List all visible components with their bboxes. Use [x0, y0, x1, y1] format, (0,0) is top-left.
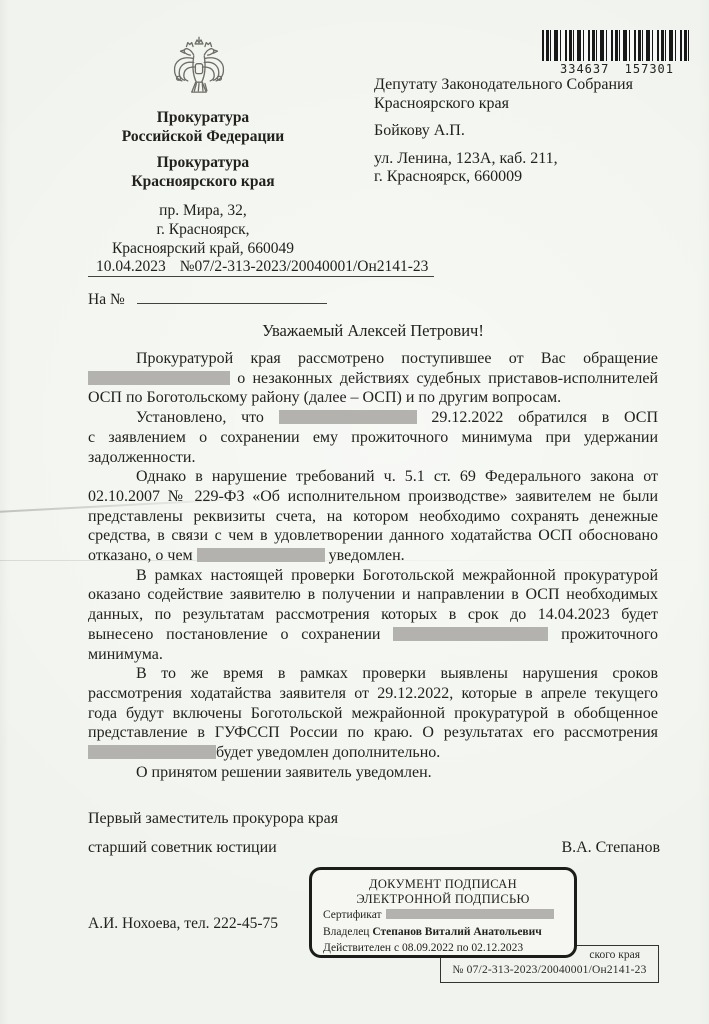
reference-blank-underline [137, 289, 327, 304]
body-line: года будут включены Боготольской межрайо… [88, 704, 658, 724]
redaction-bar [393, 627, 548, 641]
body-line: представлены реквизиты счета, на котором… [88, 507, 658, 527]
org-address-line: г. Красноярск, [55, 220, 351, 239]
signer-post-line1: Первый заместитель прокурора края [88, 810, 338, 828]
redaction-bar [386, 909, 554, 919]
stamp-title-line1: ДОКУМЕНТ ПОДПИСАН [323, 877, 563, 892]
org-line: Красноярского края [55, 172, 351, 191]
barcode-icon [542, 30, 690, 61]
body-line: задолженности. [88, 448, 658, 468]
signer-name: В.А. Степанов [561, 839, 660, 857]
reference-line: На № [88, 289, 327, 309]
recipient-address-line: ул. Ленина, 123А, каб. 211, [374, 150, 633, 169]
coat-of-arms-icon [166, 36, 232, 102]
body-line: минимума. [88, 645, 658, 665]
reference-label: На № [88, 291, 125, 308]
recipient-block: Депутату Законодательного Собрания Красн… [374, 76, 633, 187]
body-line: 02.10.2007 № 229-ФЗ «Об исполнительном п… [88, 487, 658, 507]
org-line: Прокуратура [55, 153, 351, 172]
stamp-owner-label: Владелец [323, 926, 369, 938]
barcode-number-right: 157301 [625, 62, 674, 76]
barcode: 334637 157301 [542, 30, 690, 76]
salutation: Уважаемый Алексей Петрович! [88, 321, 658, 341]
org-address-line: пр. Мира, 32, [55, 201, 351, 220]
stamp-owner-name: Степанов Виталий Анатольевич [372, 926, 541, 938]
barcode-number-left: 334637 [560, 62, 609, 76]
recipient-address-line: г. Красноярск, 660009 [374, 168, 633, 187]
recipient-name: Бойкову А.П. [374, 122, 633, 141]
stamp-validity-label: Действителен [323, 942, 391, 954]
executor-contact: А.И. Нохоева, тел. 222-45-75 [88, 915, 278, 933]
recipient-line: Красноярского края [374, 95, 633, 114]
body-line: Прокуратурой края рассмотрено поступивше… [88, 349, 658, 369]
stamp-validity-row: Действителен с 08.09.2022 по 02.12.2023 [323, 940, 563, 957]
body-line: данных, по результатам рассмотрения кото… [88, 605, 658, 625]
body-line: Однако в нарушение требований ч. 5.1 ст.… [88, 467, 658, 487]
stamp-validity-value: с 08.09.2022 по 02.12.2023 [394, 942, 523, 954]
letter-outgoing-number: №07/2-313-2023/20040001/Он2141-23 [178, 258, 435, 277]
scanned-letter-page: Прокуратура Российской Федерации Прокура… [0, 0, 709, 1024]
body: Прокуратурой края рассмотрено поступивше… [88, 349, 658, 782]
stamp-title-line2: ЭЛЕКТРОННОЙ ПОДПИСЬЮ [323, 892, 563, 907]
body-line: представление в ГУФССП России по краю. О… [88, 723, 658, 743]
body-line: с заявлением о сохранении ему прожиточно… [88, 428, 658, 448]
body-line: ОСП по Боготольскому району (далее – ОСП… [88, 388, 658, 408]
stamp-certificate-label: Сертификат [323, 909, 382, 921]
org-line: Российской Федерации [55, 127, 351, 146]
body-line: В рамках настоящей проверки Боготольской… [88, 566, 658, 586]
body-line: о незаконных действиях судебных приставо… [88, 369, 658, 389]
body-line: О принятом решении заявитель уведомлен. [88, 763, 658, 783]
electronic-signature-stamp: ДОКУМЕНТ ПОДПИСАН ЭЛЕКТРОННОЙ ПОДПИСЬЮ С… [309, 867, 577, 958]
redaction-bar [88, 745, 216, 759]
redaction-bar [279, 410, 417, 424]
body-line: будет уведомлен дополнительно. [88, 743, 658, 763]
org-address-line: Красноярский край, 660049 [55, 239, 351, 258]
body-line: рассмотрения ходатайства заявителя от 29… [88, 684, 658, 704]
body-line: отказано, о чем уведомлен. [88, 546, 658, 566]
body-line: вынесено постановление о сохранении прож… [88, 625, 658, 645]
org-line: Прокуратура [55, 108, 351, 127]
body-line: средства, в связи с чем в удовлетворении… [88, 526, 658, 546]
stamp-owner-row: Владелец Степанов Виталий Анатольевич [323, 924, 563, 941]
signature-row: старший советник юстиции В.А. Степанов [88, 839, 660, 857]
body-line: В то же время в рамках проверки выявлены… [88, 664, 658, 684]
registration-number: № 07/2-313-2023/20040001/Он2141-23 [449, 962, 650, 979]
date-and-number-line: 10.04.2023№07/2-313-2023/20040001/Он2141… [88, 258, 434, 276]
body-line: оказано содействие заявителю в получении… [88, 585, 658, 605]
body-line: Установлено, что 29.12.2022 обратился в … [88, 408, 658, 428]
redaction-bar [88, 371, 230, 385]
letter-date: 10.04.2023 [88, 258, 178, 277]
letterhead-org-block: Прокуратура Российской Федерации Прокура… [55, 108, 351, 258]
redaction-bar [197, 548, 325, 562]
recipient-line: Депутату Законодательного Собрания [374, 76, 633, 95]
stamp-certificate-row: Сертификат [323, 907, 563, 924]
signer-post-line2: старший советник юстиции [88, 839, 277, 857]
